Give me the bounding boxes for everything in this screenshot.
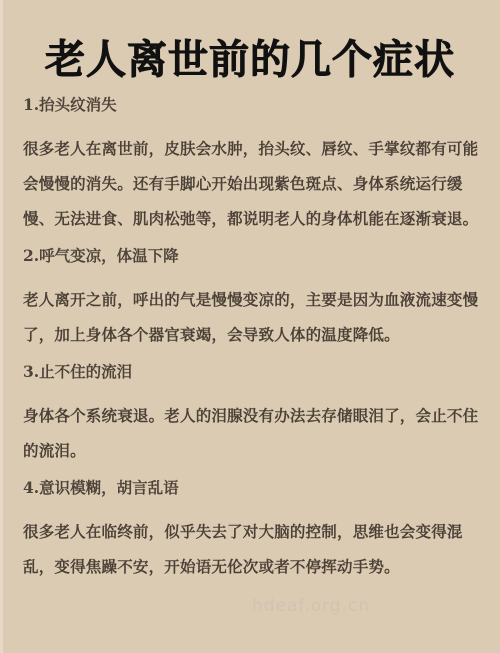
watermark: hdeaf.org.cn [252,596,370,616]
article-content: 1.抬头纹消失 很多老人在离世前，皮肤会水肿，抬头纹、唇纹、手掌纹都有可能会慢慢… [23,95,483,594]
section-heading: 2.呼气变凉，体温下降 [23,246,483,266]
section-3: 3.止不住的流泪 身体各个系统衰退。老人的泪腺没有办法去存储眼泪了，会止不住的流… [23,362,483,468]
section-2: 2.呼气变凉，体温下降 老人离开之前，呼出的气是慢慢变凉的，主要是因为血液流速变… [23,246,483,352]
section-body: 身体各个系统衰退。老人的泪腺没有办法去存储眼泪了，会止不住的流泪。 [23,398,483,468]
section-body: 很多老人在临终前，似乎失去了对大脑的控制，思维也会变得混乱，变得焦躁不安，开始语… [23,514,483,584]
section-4: 4.意识模糊，胡言乱语 很多老人在临终前，似乎失去了对大脑的控制，思维也会变得混… [23,478,483,584]
section-heading: 4.意识模糊，胡言乱语 [23,478,483,498]
page-title: 老人离世前的几个症状 [0,34,500,86]
section-heading: 1.抬头纹消失 [23,95,483,115]
section-body: 老人离开之前，呼出的气是慢慢变凉的，主要是因为血液流速变慢了，加上身体各个器官衰… [23,282,483,352]
section-body: 很多老人在离世前，皮肤会水肿，抬头纹、唇纹、手掌纹都有可能会慢慢的消失。还有手脚… [23,131,483,236]
section-heading: 3.止不住的流泪 [23,362,483,382]
article-page: 老人离世前的几个症状 1.抬头纹消失 很多老人在离世前，皮肤会水肿，抬头纹、唇纹… [0,0,500,653]
section-1: 1.抬头纹消失 很多老人在离世前，皮肤会水肿，抬头纹、唇纹、手掌纹都有可能会慢慢… [23,95,483,236]
